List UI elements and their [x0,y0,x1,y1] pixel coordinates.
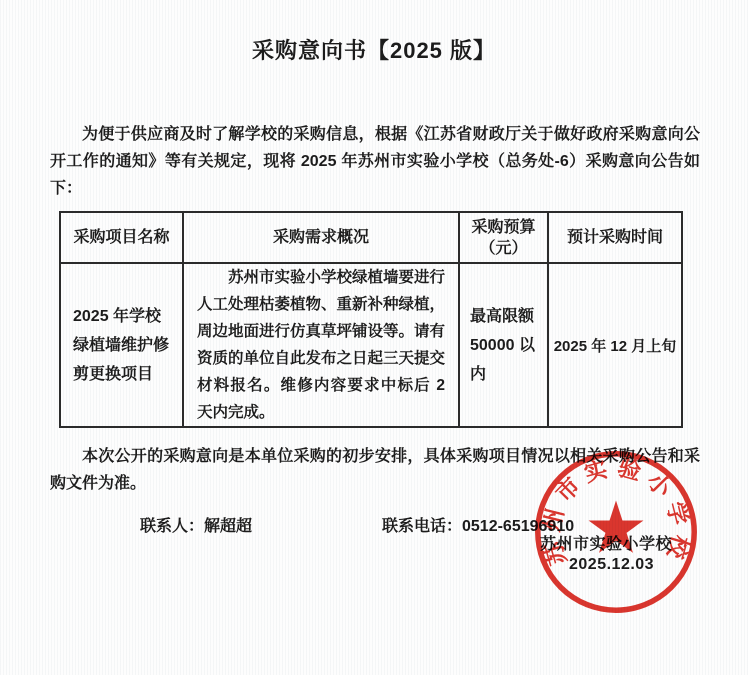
table-header-row: 采购项目名称 采购需求概况 采购预算 （元） 预计采购时间 [60,212,682,263]
header-project-name: 采购项目名称 [60,212,183,263]
demand-text: 苏州市实验小学校绿植墙要进行人工处理枯萎植物、重新补种绿植，周边地面进行仿真草坪… [197,264,445,426]
official-seal-stamp: 苏州市实验小学校 [531,447,701,617]
intro-paragraph: 为便于供应商及时了解学校的采购信息，根据《江苏省财政厅关于做好政府采购意向公开工… [50,121,700,202]
procurement-table: 采购项目名称 采购需求概况 采购预算 （元） 预计采购时间 2025 年学校绿植… [59,211,683,428]
star-icon [589,501,644,553]
cell-expected-time: 2025 年 12 月上旬 [548,263,682,427]
cell-budget: 最高限额 50000 以内 [459,263,548,427]
header-demand-summary: 采购需求概况 [183,212,459,263]
header-expected-time: 预计采购时间 [548,212,682,263]
procurement-notice-document: 采购意向书【2025 版】 为便于供应商及时了解学校的采购信息，根据《江苏省财政… [0,0,748,675]
cell-project-name: 2025 年学校绿植墙维护修剪更换项目 [60,263,183,427]
header-budget: 采购预算 （元） [459,212,548,263]
page-title: 采购意向书【2025 版】 [0,0,748,65]
table-row: 2025 年学校绿植墙维护修剪更换项目 苏州市实验小学校绿植墙要进行人工处理枯萎… [60,263,682,427]
cell-demand-summary: 苏州市实验小学校绿植墙要进行人工处理枯萎植物、重新补种绿植，周边地面进行仿真草坪… [183,263,459,427]
contact-person: 联系人：解超超 [140,513,252,536]
